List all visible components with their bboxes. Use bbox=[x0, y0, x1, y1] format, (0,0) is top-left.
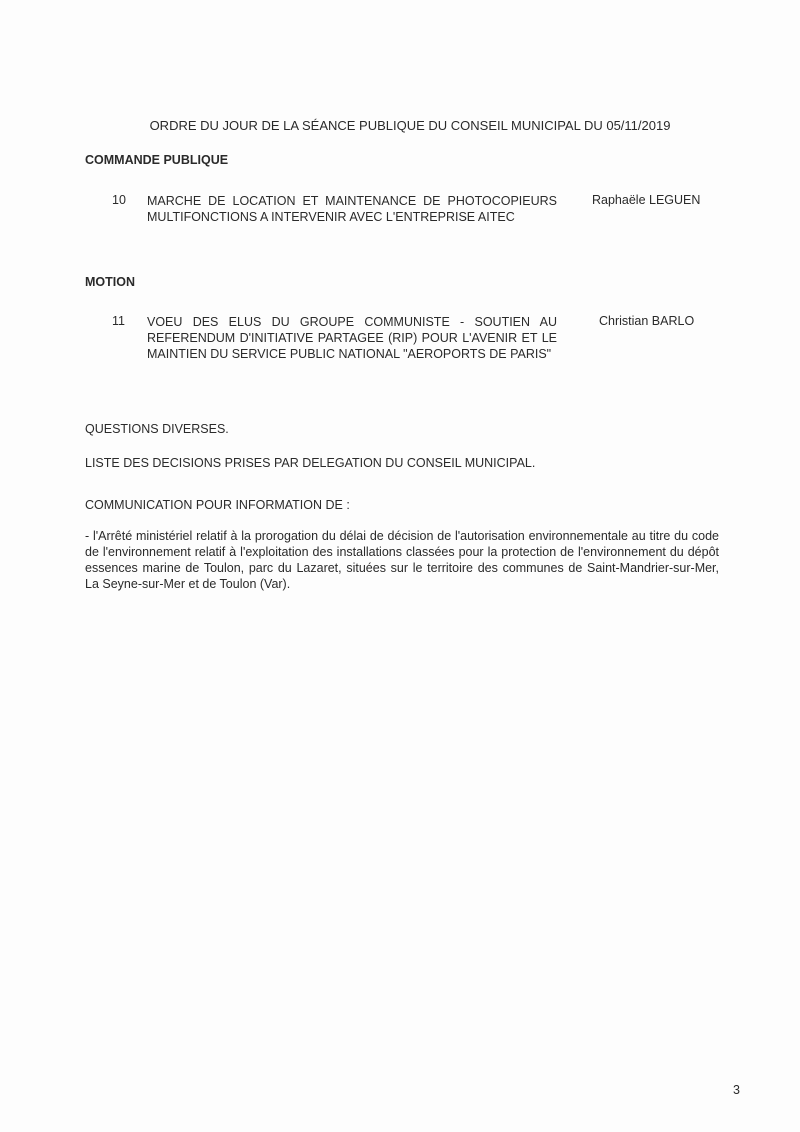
item-text: MARCHE DE LOCATION ET MAINTENANCE DE PHO… bbox=[147, 193, 557, 225]
section-heading-commande-publique: COMMANDE PUBLIQUE bbox=[85, 153, 228, 167]
item-number: 11 bbox=[112, 314, 125, 328]
communication-text: - l'Arrêté ministériel relatif à la pror… bbox=[85, 528, 719, 592]
liste-decisions: LISTE DES DECISIONS PRISES PAR DELEGATIO… bbox=[85, 456, 535, 470]
section-heading-motion: MOTION bbox=[85, 275, 135, 289]
communication-heading: COMMUNICATION POUR INFORMATION DE : bbox=[85, 498, 350, 512]
item-number: 10 bbox=[112, 193, 126, 207]
document-title: ORDRE DU JOUR DE LA SÉANCE PUBLIQUE DU C… bbox=[0, 118, 800, 133]
item-text: VOEU DES ELUS DU GROUPE COMMUNISTE - SOU… bbox=[147, 314, 557, 362]
page-number: 3 bbox=[733, 1083, 740, 1097]
item-rapporteur: Raphaële LEGUEN bbox=[592, 193, 700, 207]
item-rapporteur: Christian BARLO bbox=[599, 314, 694, 328]
questions-diverses: QUESTIONS DIVERSES. bbox=[85, 422, 229, 436]
